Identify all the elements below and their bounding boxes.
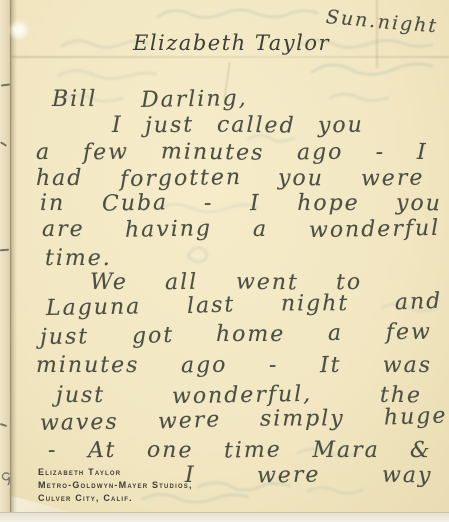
word: -: [376, 142, 385, 164]
word: We: [90, 272, 128, 294]
word: all: [165, 272, 199, 295]
letter-line-11: minutesago-Itwas: [36, 355, 432, 377]
word: minutes: [36, 355, 139, 377]
word: and: [394, 291, 442, 315]
word: Sun.: [325, 8, 378, 31]
word: just: [145, 115, 195, 138]
letterhead-name: Elizabeth Taylor: [14, 31, 449, 55]
word: a: [36, 142, 51, 164]
word: simply: [260, 408, 345, 430]
word: -: [269, 355, 279, 377]
word: just: [56, 385, 105, 407]
word: minutes: [161, 141, 265, 164]
word: ago: [297, 142, 344, 165]
pen-mark-loop: [0, 471, 12, 485]
word: you: [396, 193, 442, 216]
word: hope: [297, 193, 360, 215]
footer-name: Elizabeth Taylor: [38, 466, 193, 479]
word: called: [217, 114, 296, 137]
scan-background-bottom: [0, 512, 449, 522]
word: just: [40, 326, 89, 349]
footer-city: Culver City, Calif.: [38, 492, 193, 505]
letter-line-15: Iwereway: [185, 465, 432, 487]
word: in: [40, 193, 65, 215]
word: I: [417, 142, 428, 164]
word: got: [131, 325, 174, 348]
printed-address: Elizabeth Taylor Metro-Goldwyn-Mayer Stu…: [38, 466, 193, 505]
word: I: [250, 193, 261, 215]
word: are: [42, 219, 85, 241]
word: were: [360, 167, 424, 190]
word: you: [318, 115, 364, 138]
word: wonderful: [309, 218, 441, 242]
word: Laguna: [46, 296, 142, 320]
word: a: [253, 219, 268, 241]
word: huge: [383, 405, 447, 429]
word: few: [83, 142, 129, 165]
word: way: [381, 465, 432, 488]
word: few: [386, 322, 432, 345]
letter-line-3: afewminutesago-I: [36, 142, 428, 164]
word: last: [186, 294, 235, 318]
letter-line-6: arehavingawonderful: [42, 219, 440, 241]
letter-line-2: Ijustcalledyou: [112, 115, 364, 137]
letter-line-14: -AtonetimeMara&: [48, 440, 432, 462]
word: Bill: [52, 89, 97, 111]
word: -: [204, 193, 214, 215]
word: you: [278, 168, 324, 191]
word: night: [281, 293, 349, 315]
footer-studio: Metro-Goldwyn-Mayer Studios,: [38, 479, 193, 492]
word: forgotten: [120, 167, 242, 191]
letter-line-7: time.: [45, 248, 112, 270]
word: a: [328, 323, 344, 345]
word: having: [125, 218, 212, 242]
word: were: [157, 409, 221, 433]
word: -: [48, 440, 57, 462]
word: I: [112, 115, 123, 137]
word: time: [224, 439, 282, 462]
word: home: [216, 324, 285, 346]
word: Cuba: [101, 192, 168, 215]
word: night: [377, 13, 439, 36]
word: waves: [40, 412, 119, 435]
letter-line-12: justwonderful,the: [56, 385, 422, 407]
word: &: [410, 440, 432, 462]
word: Darling,: [141, 88, 248, 112]
letter-line-4: hadforgottenyouwere: [36, 168, 424, 190]
page-edge-shadow: [10, 0, 17, 522]
letter-line-1: BillDarling,: [52, 89, 248, 111]
word: It: [320, 355, 342, 377]
word: wonderful,: [172, 384, 313, 408]
word: one: [147, 440, 194, 463]
word: Mara: [312, 440, 379, 462]
letter-line-5: inCuba-Ihopeyou: [40, 193, 442, 215]
letter-photo: Elizabeth Taylor Sun.night BillDarling, …: [0, 0, 449, 522]
word: had: [36, 168, 83, 190]
word: were: [257, 464, 321, 487]
word: ago: [181, 355, 228, 378]
word: At: [88, 440, 117, 462]
word: was: [383, 355, 432, 377]
hole-punch: [13, 24, 25, 36]
